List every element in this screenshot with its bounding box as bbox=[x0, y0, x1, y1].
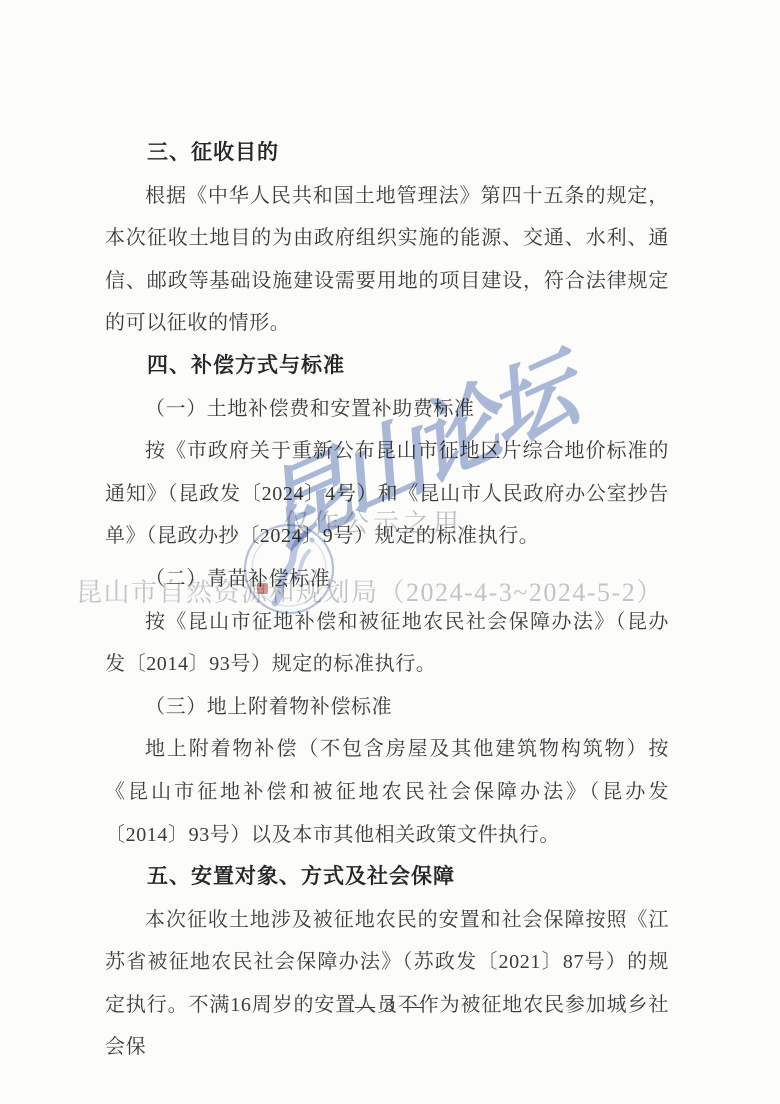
subheading-crop-compensation: （二）青苗补偿标准 bbox=[105, 558, 669, 601]
paragraph-attachment-compensation: 地上附着物补偿（不包含房屋及其他建筑物构筑物）按《昆山市征地补偿和被征地农民社会… bbox=[105, 728, 669, 856]
section-heading-4: 四、补偿方式与标准 bbox=[105, 345, 669, 388]
paragraph-resettlement: 本次征收土地涉及被征地农民的安置和社会保障按照《江苏省被征地农民社会保障办法》（… bbox=[105, 899, 669, 1069]
paragraph-crop-compensation: 按《昆山市征地补偿和被征地农民社会保障办法》（昆办发〔2014〕93号）规定的标… bbox=[105, 601, 669, 686]
scanned-document-page: 三、征收目的 根据《中华人民共和国土地管理法》第四十五条的规定，本次征收土地目的… bbox=[0, 0, 780, 1104]
subheading-attachment-compensation: （三）地上附着物补偿标准 bbox=[105, 686, 669, 729]
subheading-land-compensation: （一）土地补偿费和安置补助费标准 bbox=[105, 388, 669, 431]
document-body: 三、征收目的 根据《中华人民共和国土地管理法》第四十五条的规定，本次征收土地目的… bbox=[105, 132, 669, 1069]
section-heading-3: 三、征收目的 bbox=[105, 132, 669, 175]
section-heading-5: 五、安置对象、方式及社会保障 bbox=[105, 856, 669, 899]
paragraph-land-compensation: 按《市政府关于重新公布昆山市征地区片综合地价标准的通知》（昆政发〔2024〕4号… bbox=[105, 430, 669, 558]
paragraph-purpose: 根据《中华人民共和国土地管理法》第四十五条的规定，本次征收土地目的为由政府组织实… bbox=[105, 175, 669, 345]
page-number: — 3 — bbox=[0, 995, 780, 1018]
